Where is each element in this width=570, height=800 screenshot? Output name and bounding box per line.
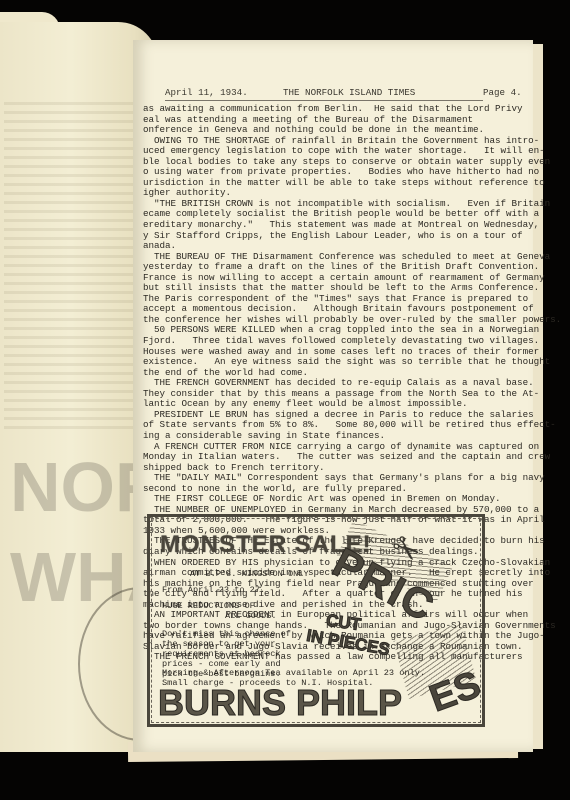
news-line: ereditary monarchy." This statement was …: [143, 220, 563, 231]
news-line: existence. An eye witness said the sight…: [143, 357, 563, 368]
news-line: They consider that by this means a passa…: [143, 389, 563, 400]
news-line: eal was attending a meeting of the Burea…: [143, 115, 563, 126]
news-line: THE FRENCH GOVERNMENT has decided to re-…: [143, 378, 563, 389]
news-line: y Sir Stafford Cripps, the English Labou…: [143, 231, 563, 242]
left-page-faded-text: [4, 102, 144, 432]
news-line: shipped back to French territory.: [143, 463, 563, 474]
news-line: onference in Geneva and nothing could be…: [143, 125, 563, 136]
news-line: France is now willing to accept a certai…: [143, 273, 563, 284]
news-line: igher authority.: [143, 188, 563, 199]
news-line: THE FIRST COLLEGE OF Nordic Art was open…: [143, 494, 563, 505]
news-line: Houses were washed away and in some case…: [143, 347, 563, 358]
news-line: but still insists that the matter should…: [143, 283, 563, 294]
news-line: uced emergency legislation to cope with …: [143, 146, 563, 157]
ad-store-line: AT B.P's. KINGSTON ONLY: [190, 569, 309, 579]
news-line: yesterday to frame a draft on the lines …: [143, 262, 563, 273]
news-line: A FRENCH CUTTER FROM NICE carrying a car…: [143, 442, 563, 453]
news-line: the end of the world had come.: [143, 368, 563, 379]
news-line: "THE BRITISH CROWN is not incompatible w…: [143, 199, 563, 210]
news-line: the conference her wishes will probably …: [143, 315, 563, 326]
header-divider: [165, 100, 483, 101]
news-line: second to none in the world, are fully p…: [143, 484, 563, 495]
burns-philp-advertisement: MONSTER SALE! AT B.P's. KINGSTON ONLY Fr…: [147, 514, 485, 727]
news-line: Fjord. Three tidal waves followed comple…: [143, 336, 563, 347]
prices-cut-graphic: PRIC CUT IN PIECES ES ✂: [300, 521, 482, 721]
news-line: anada.: [143, 241, 563, 252]
ad-reductions-line-1: HUGE REDUCTIONS OF: [162, 601, 255, 611]
page-header: April 11, 1934. THE NORFOLK ISLAND TIMES…: [165, 87, 565, 98]
news-line: ing a considerable saving in State finan…: [143, 431, 563, 442]
news-line: 50 PERSONS WERE KILLED when a crag toppl…: [143, 325, 563, 336]
news-line: ble local bodies to take any steps to co…: [143, 157, 563, 168]
news-line: accept a momentous decision. Although Br…: [143, 304, 563, 315]
issue-date: April 11, 1934.: [165, 87, 283, 98]
news-line: ecame completely socialist the British p…: [143, 209, 563, 220]
news-line: urisdiction in the matter will be able t…: [143, 178, 563, 189]
news-line: OWING TO THE SHORTAGE of rainfall in Bri…: [143, 136, 563, 147]
news-line: Monday in Italian waters. The cutter was…: [143, 452, 563, 463]
page-number: Page 4.: [483, 87, 522, 98]
news-line: of State servants from 5% to 8%. Some 80…: [143, 420, 563, 431]
ad-reductions-line-2: ALL GOODS.: [225, 611, 277, 621]
news-line: lantic Ocean by any enemy fleet would be…: [143, 399, 563, 410]
news-line: THE BUREAU OF THE Disarmament Conference…: [143, 252, 563, 263]
news-line: o using water from private properties. B…: [143, 167, 563, 178]
newspaper-title: THE NORFOLK ISLAND TIMES: [283, 87, 483, 98]
ad-dates-line: From April 23 to 27.: [162, 585, 265, 595]
news-line: THE "DAILY MAIL" Correspondent says that…: [143, 473, 563, 484]
news-line: The Paris correspondent of the "Times" s…: [143, 294, 563, 305]
news-line: PRESIDENT LE BRUN has signed a decree in…: [143, 410, 563, 421]
news-line: as awaiting a communication from Berlin.…: [143, 104, 563, 115]
